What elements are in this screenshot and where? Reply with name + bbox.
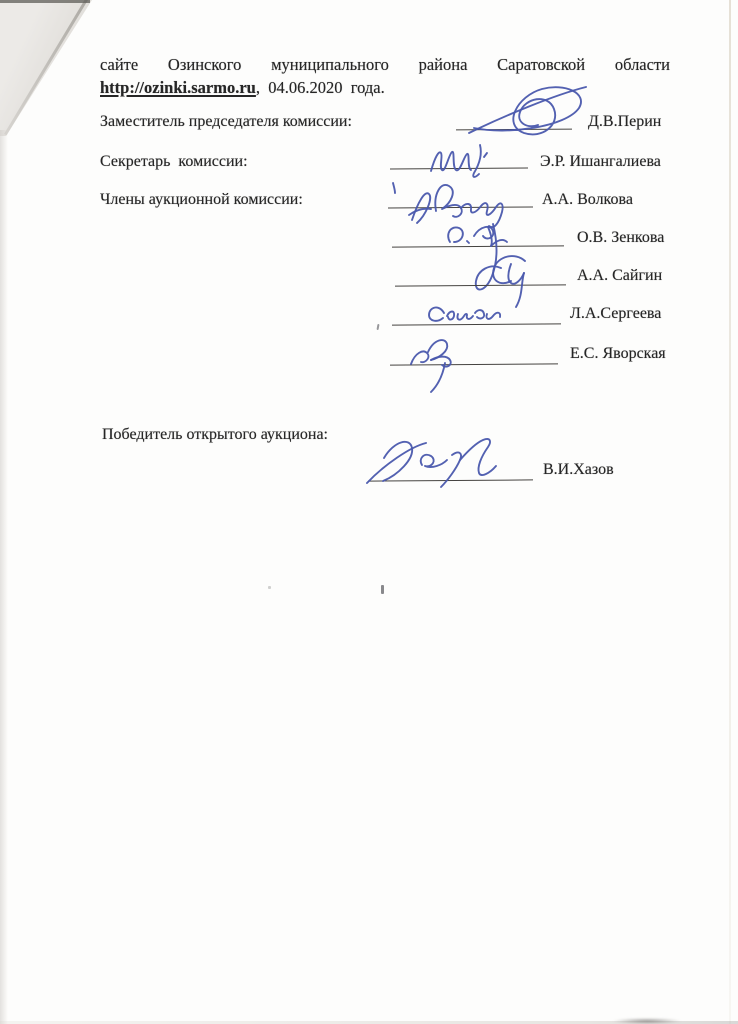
deputy-chairman-name: Д.В.Перин bbox=[588, 113, 661, 131]
member-name-zenkova: О.В. Зенкова bbox=[577, 229, 664, 247]
site-url-text: http://ozinki.sarmo.ru bbox=[100, 78, 256, 97]
scan-right-edge bbox=[729, 0, 731, 1024]
sergeeva-signature bbox=[424, 300, 508, 330]
member-name-saygin: А.А. Сайгин bbox=[577, 267, 662, 285]
member-name-sergeeva: Л.А.Сергеева bbox=[570, 305, 661, 323]
khazov-signature bbox=[358, 434, 518, 492]
deputy-chairman-label: Заместитель председателя комиссии: bbox=[100, 113, 352, 131]
member-name-yavorskaya: Е.С. Яворская bbox=[570, 345, 666, 363]
winner-name: В.И.Хазов bbox=[543, 461, 614, 479]
intro-line1: сайте Озинского муниципального района Са… bbox=[100, 54, 670, 77]
member-name-volkova: А.А. Волкова bbox=[542, 191, 633, 209]
publication-date-text: , 04.06.2020 года. bbox=[256, 78, 385, 97]
scan-speck bbox=[268, 586, 271, 589]
members-label: Члены аукционной комиссии: bbox=[100, 191, 303, 209]
scan-left-edge bbox=[0, 130, 8, 1024]
scan-top-edge bbox=[0, 0, 90, 3]
scan-speck bbox=[376, 324, 379, 330]
yavorskaya-signature bbox=[402, 330, 468, 396]
perin-signature bbox=[462, 80, 592, 138]
secretary-label: Секретарь комиссии: bbox=[100, 153, 248, 171]
scanned-document-page: сайте Озинского муниципального района Са… bbox=[0, 0, 738, 1024]
winner-label: Победитель открытого аукциона: bbox=[102, 426, 328, 444]
secretary-name: Э.Р. Ишангалиева bbox=[540, 153, 661, 171]
scan-bottom-smudge bbox=[612, 1018, 682, 1024]
scan-speck bbox=[381, 585, 384, 594]
